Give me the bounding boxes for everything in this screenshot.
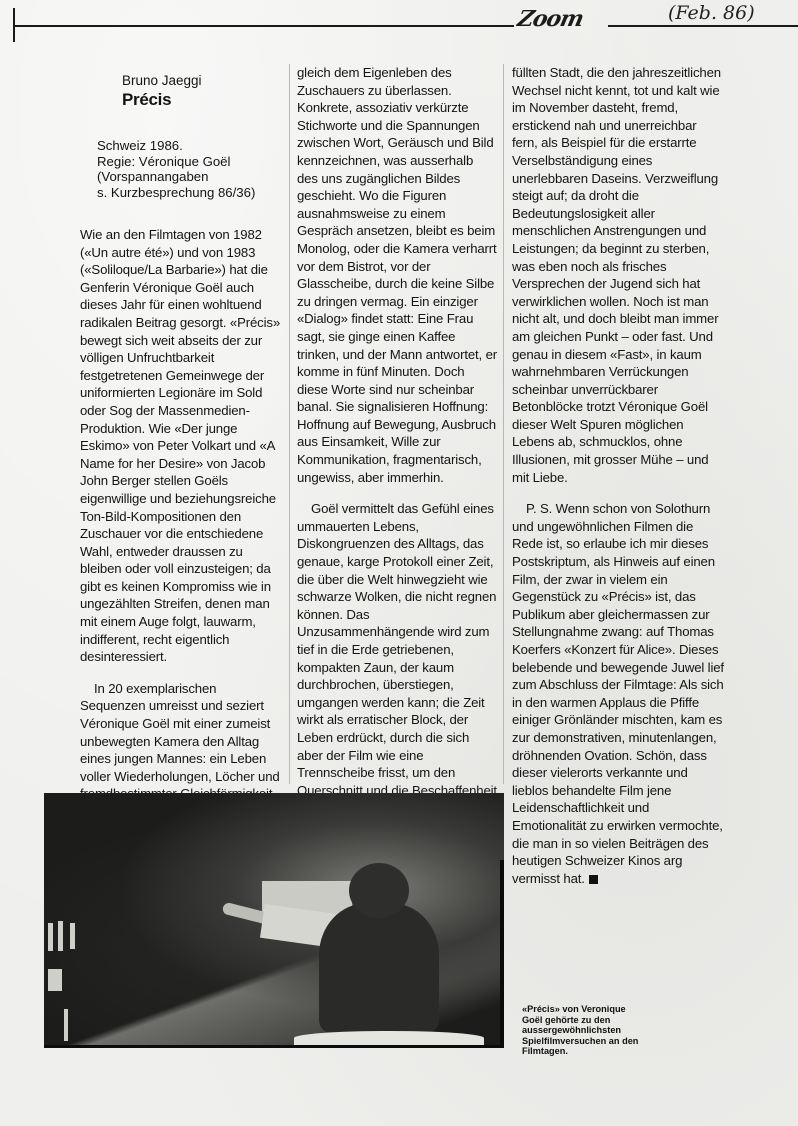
photo-border [500,860,504,1045]
credit-line: Regie: Véronique Goël [97,154,255,170]
figure-head [349,863,409,918]
paragraph: gleich dem Eigenleben des Zuschauers zu … [297,64,497,486]
handwritten-date: (Feb. 86) [668,2,755,24]
book-spine [64,1009,68,1041]
credit-line: (Vorspannangaben [97,169,255,185]
author-byline: Bruno Jaeggi [122,73,202,88]
article-title: Précis [122,90,171,110]
film-still-photo [44,793,504,1048]
film-credits: Schweiz 1986. Regie: Véronique Goël (Vor… [97,138,255,200]
paragraph: füllten Stadt, die den jahreszeitlichen … [512,64,724,486]
book-spine [58,921,63,951]
header-rule [14,25,514,27]
header-rule-right [608,25,798,27]
photo-caption: «Précis» von Veronique Goël gehörte zu d… [522,1004,642,1057]
end-of-article-icon [589,875,598,884]
column-3: füllten Stadt, die den jahreszeitlichen … [512,64,724,887]
section-label: Zoom [515,6,585,32]
photo-tear [294,1031,484,1045]
seated-figure [319,903,439,1033]
book-spine [70,923,75,949]
column-1: Wie an den Filmtagen von 1982 («Un autre… [80,226,280,873]
book-spine [48,923,53,951]
paragraph: Wie an den Filmtagen von 1982 («Un autre… [80,226,280,666]
column-rule [289,64,290,784]
book-spine [48,969,62,991]
column-rule [503,64,504,784]
paragraph: P. S. Wenn schon von Solothurn und ungew… [512,500,724,887]
credit-line: s. Kurzbesprechung 86/36) [97,185,255,201]
credit-line: Schweiz 1986. [97,138,255,154]
